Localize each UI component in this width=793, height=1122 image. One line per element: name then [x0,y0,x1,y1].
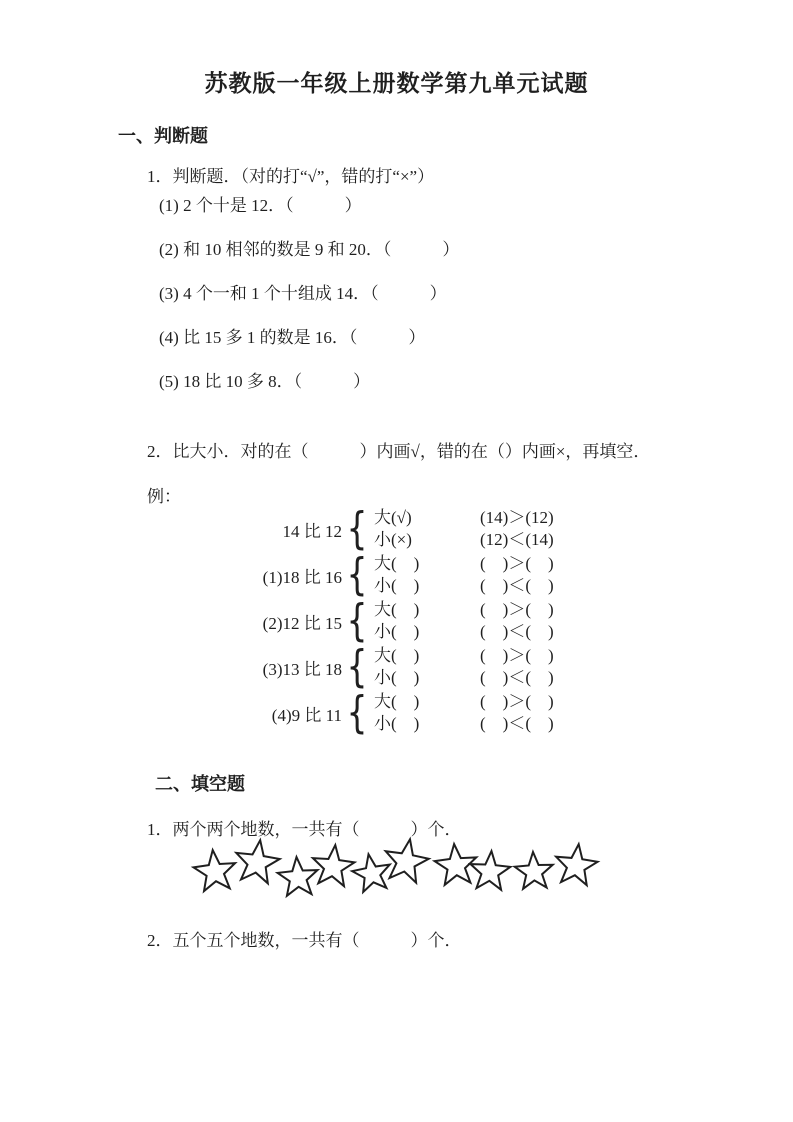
compare-size-column: 大(√)小(×) [372,507,478,551]
left-brace-glyph: { [346,598,369,644]
star-outline-icon [236,840,279,883]
page-title: 苏教版一年级上册数学第九单元试题 [0,65,793,98]
star-outline-icon [313,845,355,886]
compare-size-column: 大( )小( ) [372,645,478,689]
comparison-label: (1)18 比 16 [243,563,342,588]
star-outline-icon [352,854,390,892]
greater-than-line: ( )＞( ) [480,553,554,575]
judgment-item: (5) 18 比 10 多 8．（ ） [159,373,459,391]
smaller-line: 小( ) [374,667,478,689]
comparison-row: (4)9 比 11{大( )小( )( )＞( )( )＜( ) [243,690,554,736]
section-one-heading: 一、判断题 [118,122,208,148]
greater-than-line: ( )＞( ) [480,691,554,713]
judgment-question-prompt: 1．判断题．（对的打“√”，错的打“×”） [147,167,434,186]
stars-illustration [185,833,605,905]
compare-question-prompt: 2．比大小．对的在（ ）内画√，错的在（）内画×，再填空． [147,442,650,461]
left-brace-glyph: { [346,506,369,552]
compare-size-column: 大( )小( ) [372,553,478,597]
inequality-column: ( )＞( )( )＜( ) [478,599,554,643]
comparison-row: (1)18 比 16{大( )小( )( )＞( )( )＜( ) [243,552,554,598]
comparison-label: (4)9 比 11 [243,701,342,726]
compare-size-column: 大( )小( ) [372,599,478,643]
comparison-label: 14 比 12 [243,517,342,542]
inequality-column: ( )＞( )( )＜( ) [478,645,554,689]
judgment-item: (4) 比 15 多 1 的数是 16．（ ） [159,329,459,347]
inequality-column: ( )＞( )( )＜( ) [478,691,554,735]
smaller-line: 小(×) [374,529,478,551]
inequality-column: (14)＞(12)(12)＜(14) [478,507,554,551]
bigger-line: 大( ) [374,645,478,667]
star-outline-icon [278,857,318,896]
judgment-items-list: (1) 2 个十是 12．（ ）(2) 和 10 相邻的数是 9 和 20．（ … [159,197,459,417]
bigger-line: 大( ) [374,691,478,713]
judgment-item: (1) 2 个十是 12．（ ） [159,197,459,215]
smaller-line: 小( ) [374,575,478,597]
fill-blank-question-2: 2．五个五个地数，一共有（ ）个． [147,931,462,950]
section-two-heading: 二、填空题 [155,770,245,796]
left-brace-glyph: { [346,644,369,690]
star-outline-icon [556,844,598,885]
inequality-column: ( )＞( )( )＜( ) [478,553,554,597]
left-brace-glyph: { [346,552,369,598]
star-outline-icon [194,850,236,891]
greater-than-line: (14)＞(12) [480,507,554,529]
bigger-line: 大( ) [374,553,478,575]
smaller-line: 小( ) [374,713,478,735]
left-brace-glyph: { [346,690,369,736]
bigger-line: 大( ) [374,599,478,621]
comparison-row: (3)13 比 18{大( )小( )( )＞( )( )＜( ) [243,644,554,690]
comparison-row: (2)12 比 15{大( )小( )( )＞( )( )＜( ) [243,598,554,644]
worksheet-page: 苏教版一年级上册数学第九单元试题 一、判断题 1．判断题．（对的打“√”，错的打… [0,0,793,1122]
judgment-item: (3) 4 个一和 1 个十组成 14．（ ） [159,285,459,303]
greater-than-line: ( )＞( ) [480,599,554,621]
compare-size-column: 大( )小( ) [372,691,478,735]
comparison-label: (2)12 比 15 [243,609,342,634]
less-than-line: ( )＜( ) [480,621,554,643]
greater-than-line: ( )＞( ) [480,645,554,667]
less-than-line: (12)＜(14) [480,529,554,551]
star-outline-icon [386,839,429,882]
less-than-line: ( )＜( ) [480,667,554,689]
smaller-line: 小( ) [374,621,478,643]
comparison-table: 14 比 12{大(√)小(×)(14)＞(12)(12)＜(14)(1)18 … [243,506,554,736]
bigger-line: 大(√) [374,507,478,529]
judgment-item: (2) 和 10 相邻的数是 9 和 20．（ ） [159,241,459,259]
comparison-row: 14 比 12{大(√)小(×)(14)＞(12)(12)＜(14) [243,506,554,552]
comparison-label: (3)13 比 18 [243,655,342,680]
less-than-line: ( )＜( ) [480,713,554,735]
star-outline-icon [515,852,553,889]
less-than-line: ( )＜( ) [480,575,554,597]
example-label: 例： [147,487,181,506]
